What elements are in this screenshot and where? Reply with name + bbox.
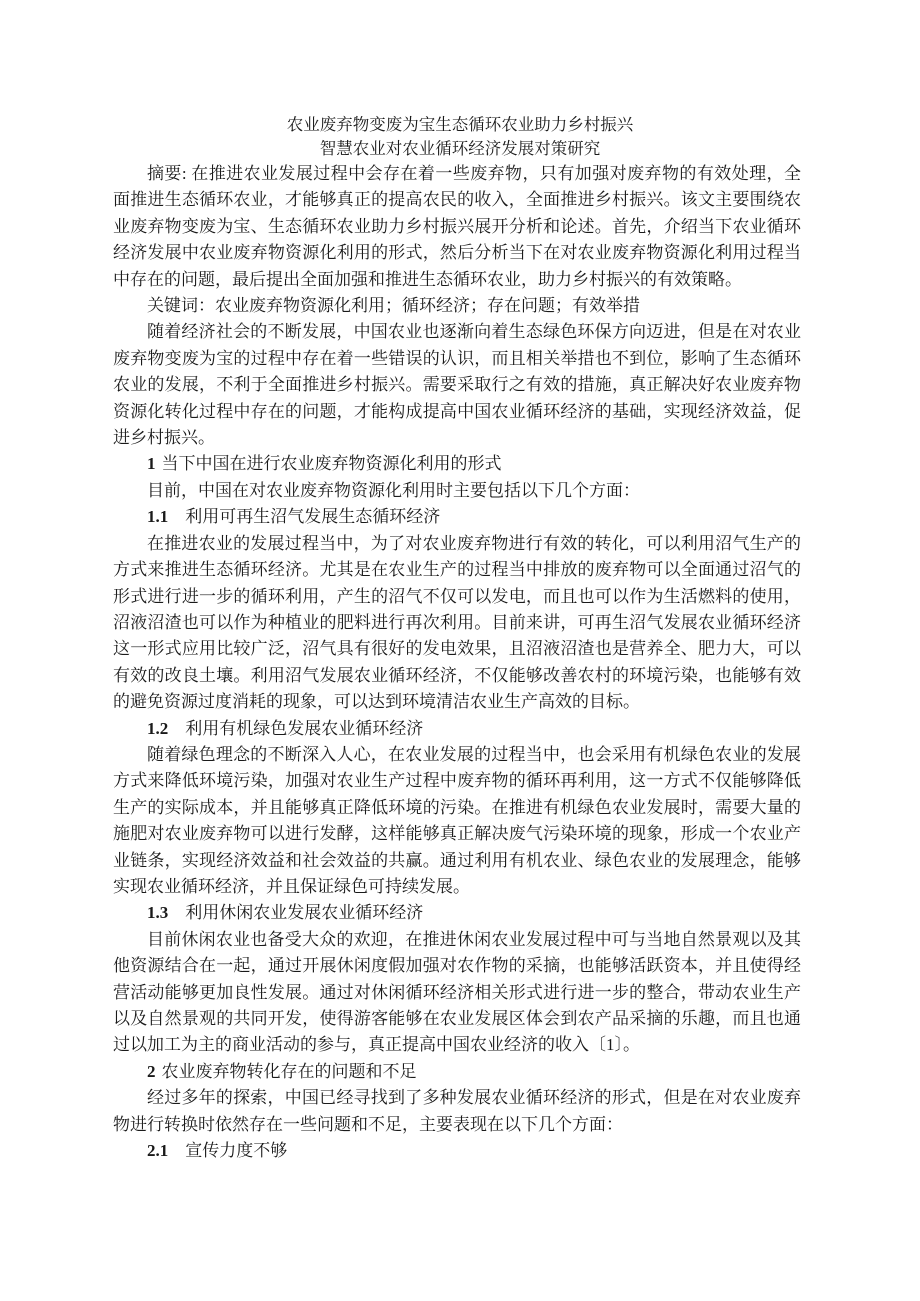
biogas-paragraph: 在推进农业的发展过程当中，为了对农业废弃物进行有效的转化，可以利用沼气生产的方式… bbox=[113, 531, 801, 716]
keywords-line: 关键词：农业废弃物资源化利用；循环经济；存在问题；有效举措 bbox=[113, 293, 801, 319]
section-2-1-title: 宣传力度不够 bbox=[185, 1141, 287, 1160]
section-1-1-title: 利用可再生沼气发展生态循环经济 bbox=[185, 507, 440, 526]
section-2-heading: 2农业废弃物转化存在的问题和不足 bbox=[113, 1059, 801, 1085]
section-1-intro-paragraph: 目前，中国在对农业废弃物资源化利用时主要包括以下几个方面： bbox=[113, 478, 801, 504]
section-1-2-title: 利用有机绿色发展农业循环经济 bbox=[185, 719, 423, 738]
organic-paragraph: 随着绿色理念的不断深入人心，在农业发展的过程当中，也会采用有机绿色农业的发展方式… bbox=[113, 742, 801, 900]
document-body: 摘要: 在推进农业发展过程中会存在着一些废弃物，只有加强对废弃物的有效处理，全面… bbox=[113, 161, 801, 1164]
section-1-number: 1 bbox=[147, 454, 156, 473]
section-1-heading: 1当下中国在进行农业废弃物资源化利用的形式 bbox=[113, 451, 801, 477]
section-1-1-number: 1.1 bbox=[147, 507, 168, 526]
intro-paragraph: 随着经济社会的不断发展，中国农业也逐渐向着生态绿色环保方向迈进，但是在对农业废弃… bbox=[113, 319, 801, 451]
section-2-intro-paragraph: 经过多年的探索，中国已经寻找到了多种发展农业循环经济的形式，但是在对农业废弃物进… bbox=[113, 1085, 801, 1138]
title-block: 农业废弃物变废为宝生态循环农业助力乡村振兴 智慧农业对农业循环经济发展对策研究 bbox=[0, 0, 920, 160]
abstract-paragraph: 摘要: 在推进农业发展过程中会存在着一些废弃物，只有加强对废弃物的有效处理，全面… bbox=[113, 161, 801, 293]
section-1-title: 当下中国在进行农业废弃物资源化利用的形式 bbox=[162, 454, 502, 473]
document-page: 农业废弃物变废为宝生态循环农业助力乡村振兴 智慧农业对农业循环经济发展对策研究 … bbox=[0, 0, 920, 1301]
leisure-paragraph: 目前休闲农业也备受大众的欢迎，在推进休闲农业发展过程中可与当地自然景观以及其他资… bbox=[113, 927, 801, 1059]
section-1-2-number: 1.2 bbox=[147, 719, 168, 738]
section-1-3-heading: 1.3利用休闲农业发展农业循环经济 bbox=[113, 900, 801, 926]
section-2-1-number: 2.1 bbox=[147, 1141, 168, 1160]
page-title: 农业废弃物变废为宝生态循环农业助力乡村振兴 bbox=[0, 113, 920, 137]
section-1-3-title: 利用休闲农业发展农业循环经济 bbox=[185, 903, 423, 922]
section-1-2-heading: 1.2利用有机绿色发展农业循环经济 bbox=[113, 716, 801, 742]
section-1-3-number: 1.3 bbox=[147, 903, 168, 922]
section-2-number: 2 bbox=[147, 1062, 156, 1081]
section-1-1-heading: 1.1利用可再生沼气发展生态循环经济 bbox=[113, 504, 801, 530]
section-2-1-heading: 2.1宣传力度不够 bbox=[113, 1138, 801, 1164]
page-subtitle: 智慧农业对农业循环经济发展对策研究 bbox=[0, 137, 920, 161]
section-2-title: 农业废弃物转化存在的问题和不足 bbox=[162, 1062, 417, 1081]
